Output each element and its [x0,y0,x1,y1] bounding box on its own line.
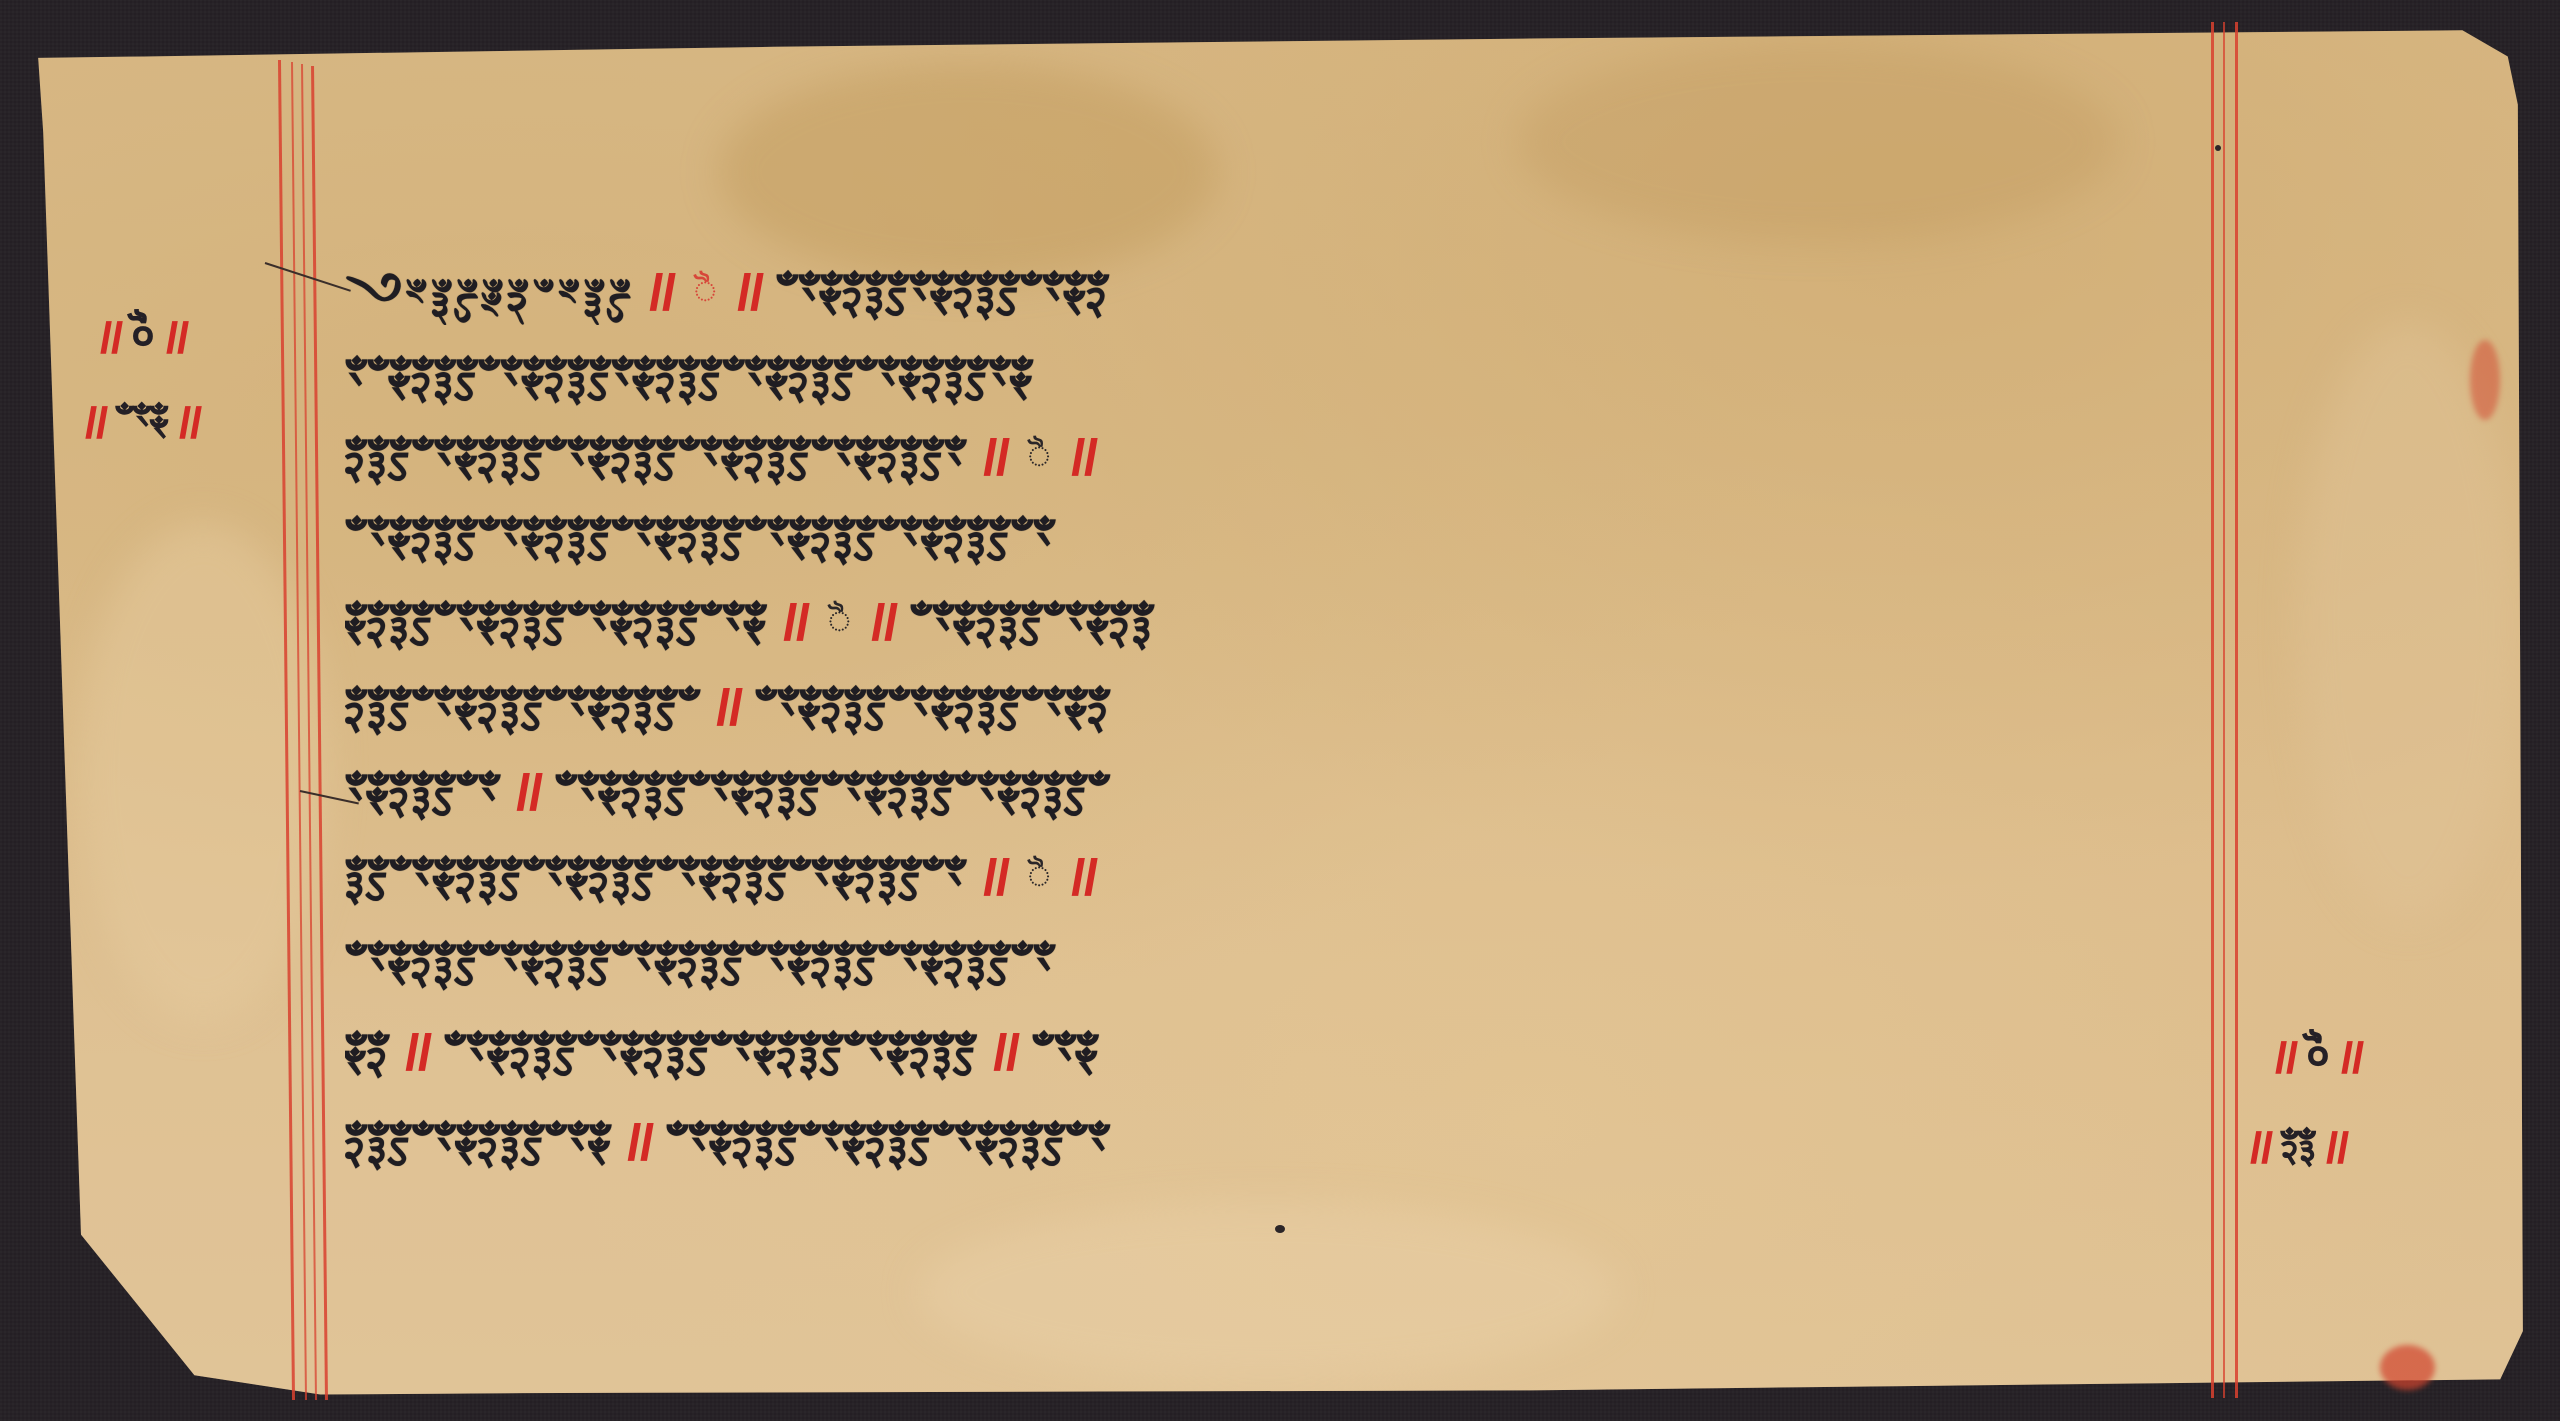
script-text: ꣵꣶꣷꣲꣳꣴꣵꣶꣷꣲꣳꣴꣵꣶꣷꣲꣳꣴꣵꣶꣷꣲꣳꣴꣵꣶꣷꣳ [345,420,970,490]
script-text: ꣼ꣳꣶꣷꣴꣵꣲꣳꣶꣷ [345,255,636,325]
folio-number: ०ꣿ [125,303,161,365]
right-margin-rule [2223,22,2225,1398]
red-danda-mark: ॥ [715,255,782,325]
danda-mark: ॥ [2330,1020,2372,1088]
danda-mark: ॥ [168,385,210,453]
paper-stain [718,62,1218,282]
script-text: ꣳꣲꣴꣵꣶꣷꣲꣳꣴꣵꣶꣷꣳꣴꣵꣶꣷꣲꣳꣴꣵꣶꣷꣲꣳꣴꣵꣶꣷꣳꣴ [345,340,1037,410]
danda-mark: ॥ [155,300,197,368]
script-text: ꣴꣵꣶꣷꣲꣳꣴꣵꣶꣷꣲꣳꣴꣵꣶꣷꣲꣳꣴ [345,585,770,655]
script-text: ꣲꣳꣴꣵꣶꣷꣲꣳꣴꣵꣶꣷꣲꣳꣴꣵꣶꣷꣲꣳꣴꣵꣶꣷꣲ [551,755,1113,825]
short-title: ꣲꣳꣴ [110,391,174,447]
text-line-7: ꣳꣴꣵꣶꣷꣲꣳ॥ꣲꣳꣴꣵꣶꣷꣲꣳꣴꣵꣶꣷꣲꣳꣴꣵꣶꣷꣲꣳꣴꣵꣶꣷꣲ [345,755,2215,825]
red-danda-mark: ॥ [605,1105,672,1175]
red-danda-mark: ॥ [383,1015,450,1085]
left-margin-note-title: ॥ ꣲꣳꣴ ॥ [80,385,204,453]
script-text: ꣲꣳꣴꣵꣶꣷꣲꣳꣴꣵꣶꣷꣲꣳꣴꣵꣶꣷꣲꣳꣴꣵꣶꣷꣲꣳꣴꣵꣶꣷꣲꣳ [345,925,1059,995]
script-text: ꣲꣳꣴꣵꣶꣷꣲꣳꣴꣵꣶꣷꣲꣳꣴꣵꣶꣷꣲꣳ [662,1105,1113,1175]
ink-speck [2215,145,2221,151]
red-danda-mark: ॥ [1049,840,1116,910]
text-line-5: ꣴꣵꣶꣷꣲꣳꣴꣵꣶꣷꣲꣳꣴꣵꣶꣷꣲꣳꣴ॥ꣿ॥ꣲꣳꣴꣵꣶꣷꣲꣳꣴꣵꣶ [345,585,2215,655]
red-danda-mark: ॥ [494,755,561,825]
script-text: ꣲꣳꣴꣵꣶꣷꣲꣳꣴꣵꣶ [906,585,1158,655]
red-danda-mark: ॥ [960,840,1027,910]
script-text: ꣲꣳꣴꣵꣶꣷꣲꣳꣴꣵꣶꣷꣲꣳꣴꣵꣶꣷꣲꣳꣴꣵꣶꣷ [440,1015,980,1085]
text-line-10: ꣴꣵ॥ꣲꣳꣴꣵꣶꣷꣲꣳꣴꣵꣶꣷꣲꣳꣴꣵꣶꣷꣲꣳꣴꣵꣶꣷ॥ꣲꣳꣴ [345,1015,2215,1085]
script-text: ꣵꣶꣷꣲꣳꣴꣵꣶꣷꣲꣳꣴ [345,1105,615,1175]
red-danda-mark: ॥ [694,670,761,740]
red-danda-mark: ॥ [761,585,828,655]
text-line-4: ꣲꣳꣴꣵꣶꣷꣲꣳꣴꣵꣶꣷꣲꣳꣴꣵꣶꣷꣲꣳꣴꣵꣶꣷꣲꣳꣴꣵꣶꣷꣲꣳ [345,500,2215,570]
script-text: ꣲꣳꣴꣵꣶꣷꣳꣴꣵꣶꣷꣲꣳꣴꣵ [772,255,1112,325]
danda-mark: ॥ [2315,1110,2357,1178]
red-danda-mark: ॥ [626,255,693,325]
paper-stain [1518,42,2118,242]
red-danda-mark: ॥ [1049,420,1116,490]
right-margin-note-title: ॥ ꣵꣶ ॥ [2245,1110,2351,1178]
paper-stain [918,1202,1618,1382]
script-text: ꣲꣳꣴꣵꣶꣷꣲꣳꣴꣵꣶꣷꣲꣳꣴꣵ [751,670,1113,740]
text-line-8: ꣶꣷꣲꣳꣴꣵꣶꣷꣲꣳꣴꣵꣶꣷꣲꣳꣴꣵꣶꣷꣲꣳꣴꣵꣶꣷꣲꣳ॥ꣿ॥ [345,840,2215,910]
text-line-1: ꣼ꣳꣶꣷꣴꣵꣲꣳꣶꣷ॥ꣿ॥ꣲꣳꣴꣵꣶꣷꣳꣴꣵꣶꣷꣲꣳꣴꣵ [345,255,2215,325]
folio-number: ०ꣿ [2300,1023,2336,1085]
short-title: ꣵꣶ [2275,1116,2321,1172]
script-text: ꣲꣳꣴꣵꣶꣷꣲꣳꣴꣵꣶꣷꣲꣳꣴꣵꣶꣷꣲꣳꣴꣵꣶꣷꣲꣳꣴꣵꣶꣷꣲꣳ [345,500,1059,570]
script-text: ꣳꣴꣵꣶꣷꣲꣳ [345,755,504,825]
red-danda-mark: ॥ [849,585,916,655]
script-text: ꣵꣶꣷꣲꣳꣴꣵꣶꣷꣲꣳꣴꣵꣶꣷꣲ [345,670,704,740]
script-text: ꣶꣷꣲꣳꣴꣵꣶꣷꣲꣳꣴꣵꣶꣷꣲꣳꣴꣵꣶꣷꣲꣳꣴꣵꣶꣷꣲꣳ [345,840,970,910]
right-margin-note-folio: ॥ ०ꣿ ॥ [2270,1020,2366,1088]
paper-stain [78,522,328,1022]
red-danda-mark: ॥ [960,420,1027,490]
right-margin-rule [2235,22,2238,1398]
text-line-2: ꣳꣲꣴꣵꣶꣷꣲꣳꣴꣵꣶꣷꣳꣴꣵꣶꣷꣲꣳꣴꣵꣶꣷꣲꣳꣴꣵꣶꣷꣳꣴ [345,340,2215,410]
ink-speck [1275,1225,1285,1233]
text-line-3: ꣵꣶꣷꣲꣳꣴꣵꣶꣷꣲꣳꣴꣵꣶꣷꣲꣳꣴꣵꣶꣷꣲꣳꣴꣵꣶꣷꣳ॥ꣿ॥ [345,420,2215,490]
text-line-11: ꣵꣶꣷꣲꣳꣴꣵꣶꣷꣲꣳꣴ॥ꣲꣳꣴꣵꣶꣷꣲꣳꣴꣵꣶꣷꣲꣳꣴꣵꣶꣷꣲꣳ [345,1105,2215,1175]
red-danda-mark: ॥ [971,1015,1038,1085]
left-margin-note-folio: ॥ ०ꣿ ॥ [95,300,191,368]
script-text: ꣲꣳꣴ [1028,1015,1102,1085]
red-pigment-smear [2380,1345,2435,1390]
red-pigment-smear [2470,340,2500,420]
text-line-6: ꣵꣶꣷꣲꣳꣴꣵꣶꣷꣲꣳꣴꣵꣶꣷꣲ॥ꣲꣳꣴꣵꣶꣷꣲꣳꣴꣵꣶꣷꣲꣳꣴꣵ [345,670,2215,740]
text-line-9: ꣲꣳꣴꣵꣶꣷꣲꣳꣴꣵꣶꣷꣲꣳꣴꣵꣶꣷꣲꣳꣴꣵꣶꣷꣲꣳꣴꣵꣶꣷꣲꣳ [345,925,2215,995]
